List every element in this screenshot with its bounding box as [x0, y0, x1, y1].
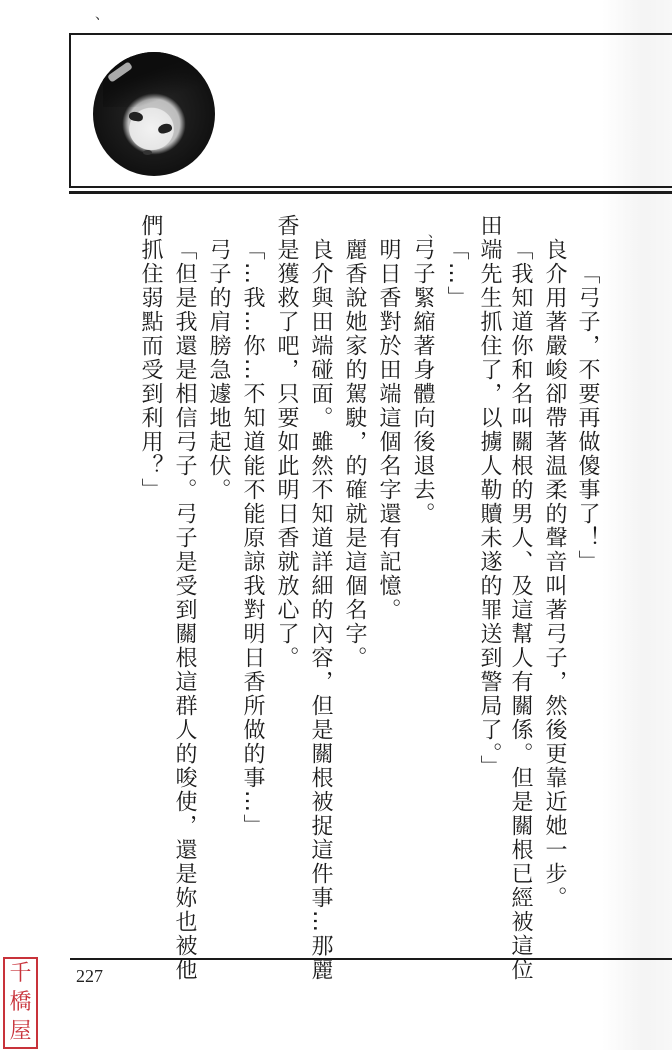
text-column: 弓子緊縮著身體向後退去。: [410, 238, 434, 526]
text-column: 「但是我還是相信弓子。弓子是受到關根這群人的唆使，還是妳也被他: [172, 238, 196, 982]
text-column: 良介用著嚴峻卻帶著温柔的聲音叫著弓子，然後更靠近她一步。: [542, 238, 566, 910]
seal-char: 橋: [9, 990, 31, 1016]
page-number: 227: [76, 966, 103, 987]
text-column: 良介與田端碰面。雖然不知道詳細的內容，但是關根被捉這件事…那麗: [308, 238, 332, 982]
publisher-seal: 千 橋 屋: [3, 957, 38, 1049]
text-column: 香是獲救了吧，只要如此明日香就放心了。: [274, 214, 298, 670]
text-column: 麗香說她家的駕駛，的確就是這個名字。: [342, 238, 366, 670]
text-column: 田端先生抓住了，以擄人勒贖未遂的罪送到警局了。」: [477, 214, 501, 779]
seal-char: 千: [9, 961, 31, 987]
text-column: 們抓住弱點而受到利用？」: [138, 214, 162, 502]
body-text: 「弓子，不要再做傻事了！」 良介用著嚴峻卻帶著温柔的聲音叫著弓子，然後更靠近她一…: [0, 0, 672, 950]
text-column: 「…」: [444, 238, 468, 310]
seal-char: 屋: [9, 1019, 31, 1045]
text-column: 「…我…你…不知道能不能原諒我對明日香所做的事…」: [240, 238, 264, 838]
text-column: 明日香對於田端這個名字還有記憶。: [376, 238, 400, 622]
footer-divider: [70, 958, 672, 960]
text-column: 「我知道你和名叫關根的男人、及這幫人有關係。但是關根已經被這位: [508, 238, 532, 982]
text-column: 「弓子，不要再做傻事了！」: [575, 262, 599, 574]
text-column: 弓子的肩膀急遽地起伏。: [206, 238, 230, 502]
